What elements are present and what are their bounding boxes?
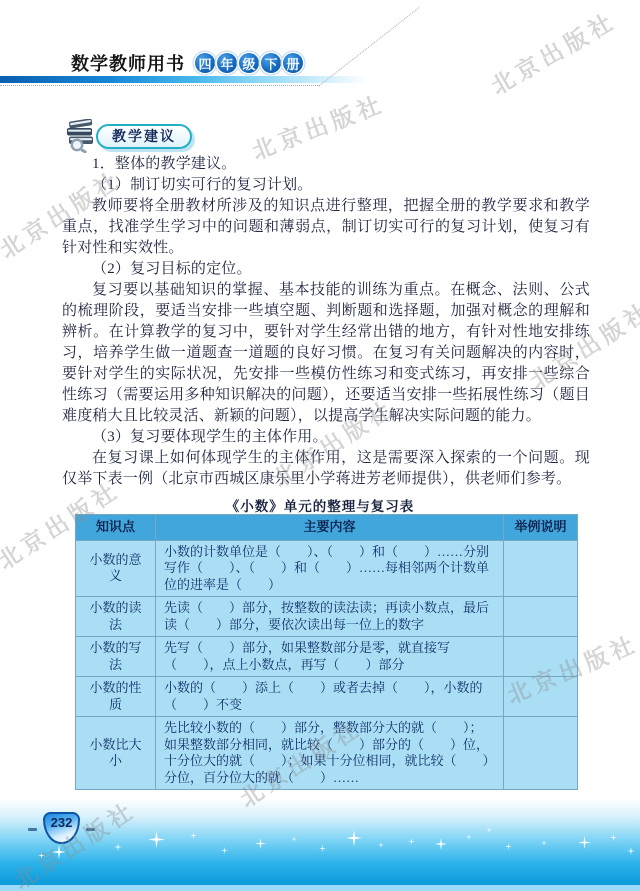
book-title: 数学教师用书 — [71, 50, 185, 76]
table-row: 小数比大小 先比较小数的（ ）部分，整数部分大的就（ ）；如果整数部分相同，就比… — [76, 717, 578, 790]
book-page: 北京出版社 北京出版社 北京出版社 北京出版社 北京出版社 北京出版社 北京出版… — [0, 0, 640, 891]
topic-cell: 小数的意义 — [76, 540, 156, 597]
topic-cell: 小数的写法 — [76, 637, 156, 677]
topic-cell: 小数比大小 — [76, 717, 156, 790]
table-row: 小数的读法 先读（ ）部分，按整数的读法读；再读小数点，最后读（ ）部分，要依次… — [76, 597, 578, 637]
grade-badge: 四 — [195, 53, 215, 73]
books-icon — [64, 119, 100, 153]
paragraph: 教师要将全册教材所涉及的知识点进行整理，把握全册的教学要求和教学重点，找准学生学… — [62, 196, 590, 259]
content-cell: 小数的计数单位是（ ）、（ ）和（ ）……分别写作（ ）、（ ）和（ ）……每相… — [156, 540, 504, 597]
header-accent-bar — [0, 76, 400, 83]
grade-badge: 下 — [261, 53, 281, 73]
review-table: 知识点 主要内容 举例说明 小数的意义 小数的计数单位是（ ）、（ ）和（ ）…… — [75, 514, 578, 790]
example-cell — [504, 677, 578, 717]
header-dotted-line — [0, 85, 318, 86]
page-number: 232 — [51, 815, 73, 842]
paragraph: 复习要以基础知识的掌握、基本技能的训练为重点。在概念、法则、公式的梳理阶段，要适… — [62, 280, 590, 427]
section-heading: 教学建议 — [64, 119, 192, 153]
grade-badges: 四 年 级 下 册 — [195, 53, 303, 73]
content-cell: 先比较小数的（ ）部分，整数部分大的就（ ）；如果整数部分相同，就比较（ ）部分… — [156, 717, 504, 790]
table-row: 小数的写法 先写（ ）部分，如果整数部分是零，就直接写（ ），点上小数点，再写（… — [76, 637, 578, 677]
example-cell — [504, 637, 578, 677]
paragraph: （3）复习要体现学生的主体作用。 — [62, 427, 590, 448]
table-row: 小数的意义 小数的计数单位是（ ）、（ ）和（ ）……分别写作（ ）、（ ）和（… — [76, 540, 578, 597]
page-header: 数学教师用书 四 年 级 下 册 — [71, 50, 303, 76]
section-heading-label: 教学建议 — [96, 124, 192, 149]
column-header: 主要内容 — [156, 515, 504, 541]
paragraph: （1）制订切实可行的复习计划。 — [62, 175, 590, 196]
example-cell — [504, 597, 578, 637]
example-cell — [504, 540, 578, 597]
header-diagonal-line — [318, 7, 419, 87]
column-header: 知识点 — [76, 515, 156, 541]
column-header: 举例说明 — [504, 515, 578, 541]
example-cell — [504, 717, 578, 790]
body-text: 1．整体的教学建议。 （1）制订切实可行的复习计划。 教师要将全册教材所涉及的知… — [62, 154, 590, 490]
content-cell: 先读（ ）部分，按整数的读法读；再读小数点，最后读（ ）部分，要依次读出每一位上… — [156, 597, 504, 637]
topic-cell: 小数的性质 — [76, 677, 156, 717]
table-header-row: 知识点 主要内容 举例说明 — [76, 515, 578, 541]
publisher-watermark: 北京出版社 — [484, 3, 622, 102]
footer-bottom-strip — [0, 885, 640, 891]
grade-badge: 级 — [239, 53, 259, 73]
paragraph: 在复习课上如何体现学生的主体作用，这是需要深入探索的一个问题。现仅举下表一例（北… — [62, 448, 590, 490]
paragraph: 1．整体的教学建议。 — [62, 154, 590, 175]
table-row: 小数的性质 小数的（ ）添上（ ）或者去掉（ ），小数的（ ）不变 — [76, 677, 578, 717]
table-title: 《小数》单元的整理与复习表 — [0, 495, 640, 515]
grade-badge: 年 — [217, 53, 237, 73]
grade-badge: 册 — [283, 53, 303, 73]
content-cell: 小数的（ ）添上（ ）或者去掉（ ），小数的（ ）不变 — [156, 677, 504, 717]
topic-cell: 小数的读法 — [76, 597, 156, 637]
badge-dash — [28, 828, 37, 831]
paragraph: （2）复习目标的定位。 — [62, 259, 590, 280]
badge-dash — [86, 828, 95, 831]
content-cell: 先写（ ）部分，如果整数部分是零，就直接写（ ），点上小数点，再写（ ）部分 — [156, 637, 504, 677]
